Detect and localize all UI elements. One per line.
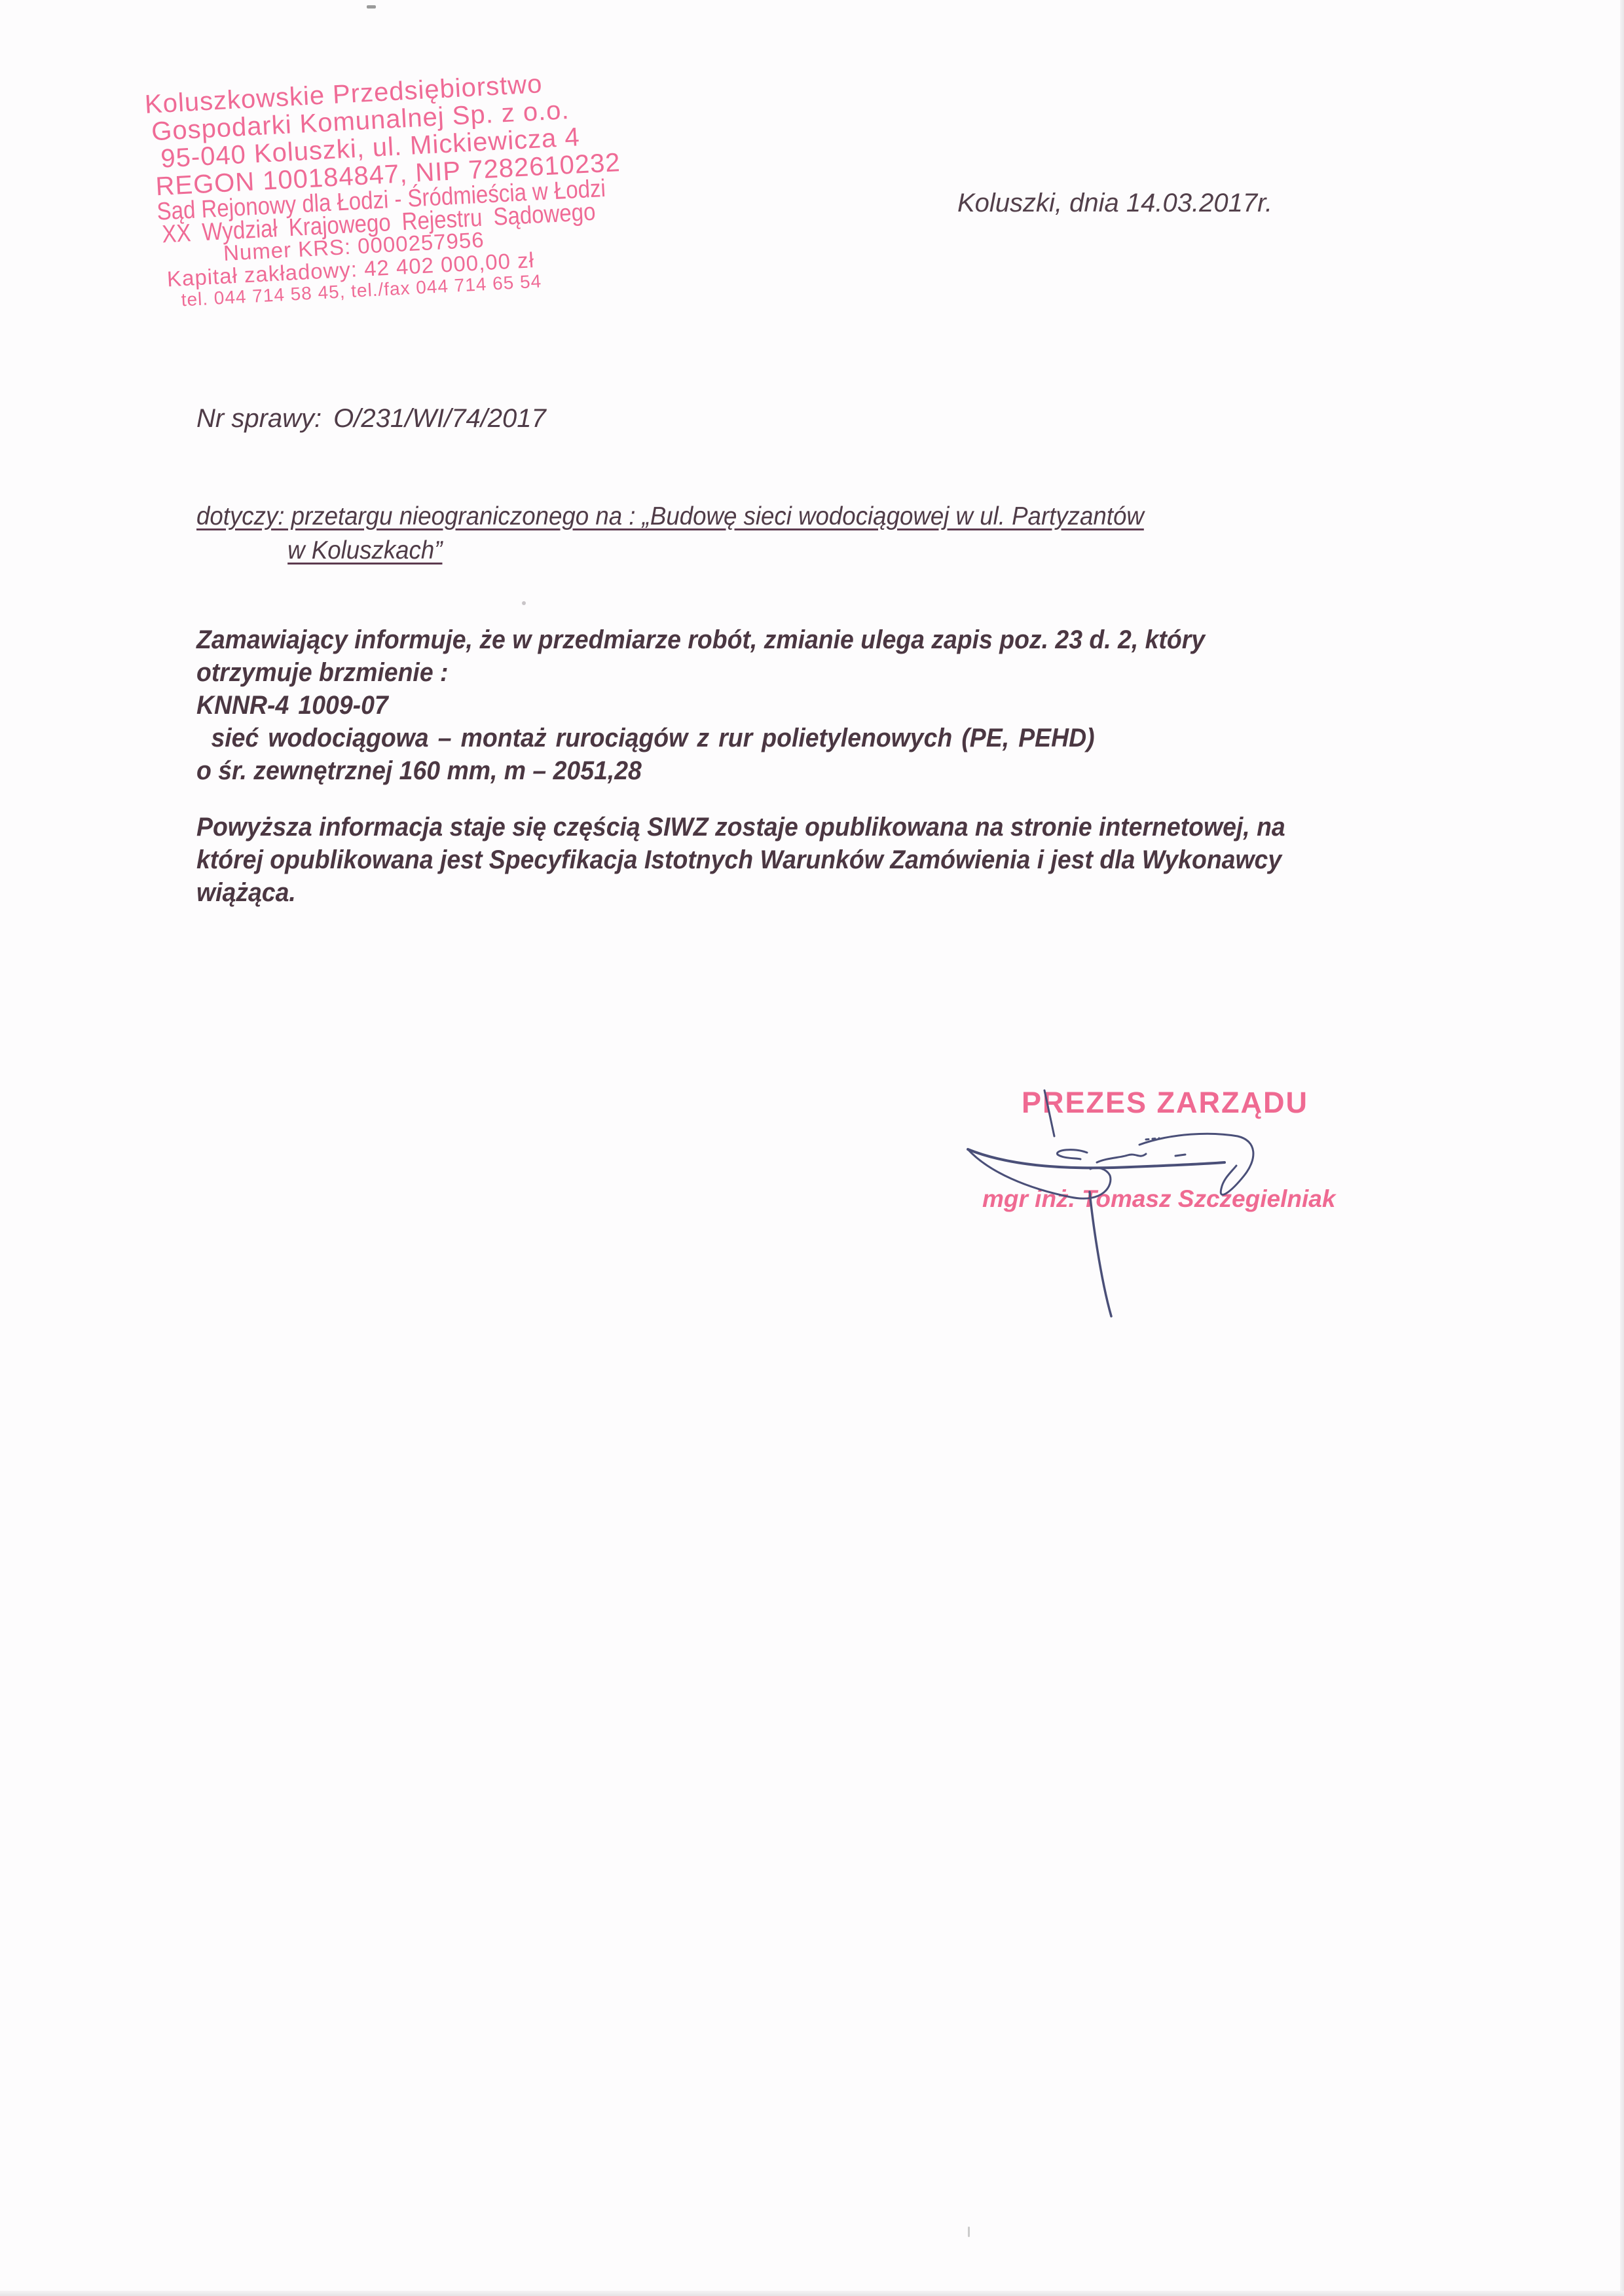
paragraph-line: wiążąca.	[196, 876, 1378, 909]
scan-mark	[968, 2227, 970, 2237]
subject-line: w Koluszkach”	[287, 534, 1144, 568]
paragraph-line: Zamawiający informuje, że w przedmiarze …	[196, 623, 1378, 656]
item-code: KNNR-4 1009-07	[196, 689, 1378, 722]
paragraph-line: otrzymuje brzmienie :	[196, 656, 1378, 689]
paragraph-line: której opublikowana jest Specyfikacja Is…	[196, 843, 1378, 876]
scan-mark	[367, 5, 376, 9]
scan-dot	[522, 601, 526, 605]
page-edge	[0, 2291, 1624, 2296]
handwritten-signature	[950, 1061, 1375, 1323]
page-edge	[1620, 0, 1624, 2296]
item-entry: KNNR-4 1009-07sieć wodociągowa – montaż …	[196, 689, 1378, 754]
case-number: Nr sprawy:O/231/WI/74/2017	[196, 404, 546, 434]
signature-block: PREZES ZARZĄDU mgr inż. Tomasz Szczegiel…	[950, 1061, 1375, 1323]
place-date: Koluszki, dnia 14.03.2017r.	[957, 189, 1272, 218]
case-label: Nr sprawy:	[196, 404, 322, 433]
subject: dotyczy: przetargu nieograniczonego na :…	[196, 500, 1144, 568]
paragraph-line: Powyższa informacja staje się częścią SI…	[196, 811, 1378, 843]
notice-paragraph: Zamawiający informuje, że w przedmiarze …	[196, 623, 1378, 787]
subject-line: dotyczy: przetargu nieograniczonego na :…	[196, 502, 1144, 530]
company-stamp: Koluszkowskie Przedsiębiorstwo Gospodark…	[131, 67, 614, 311]
case-value: O/231/WI/74/2017	[333, 404, 546, 433]
paragraph-line: o śr. zewnętrznej 160 mm, m – 2051,28	[196, 754, 1378, 787]
item-description: sieć wodociągowa – montaż rurociągów z r…	[211, 724, 1094, 752]
publication-paragraph: Powyższa informacja staje się częścią SI…	[196, 811, 1378, 909]
